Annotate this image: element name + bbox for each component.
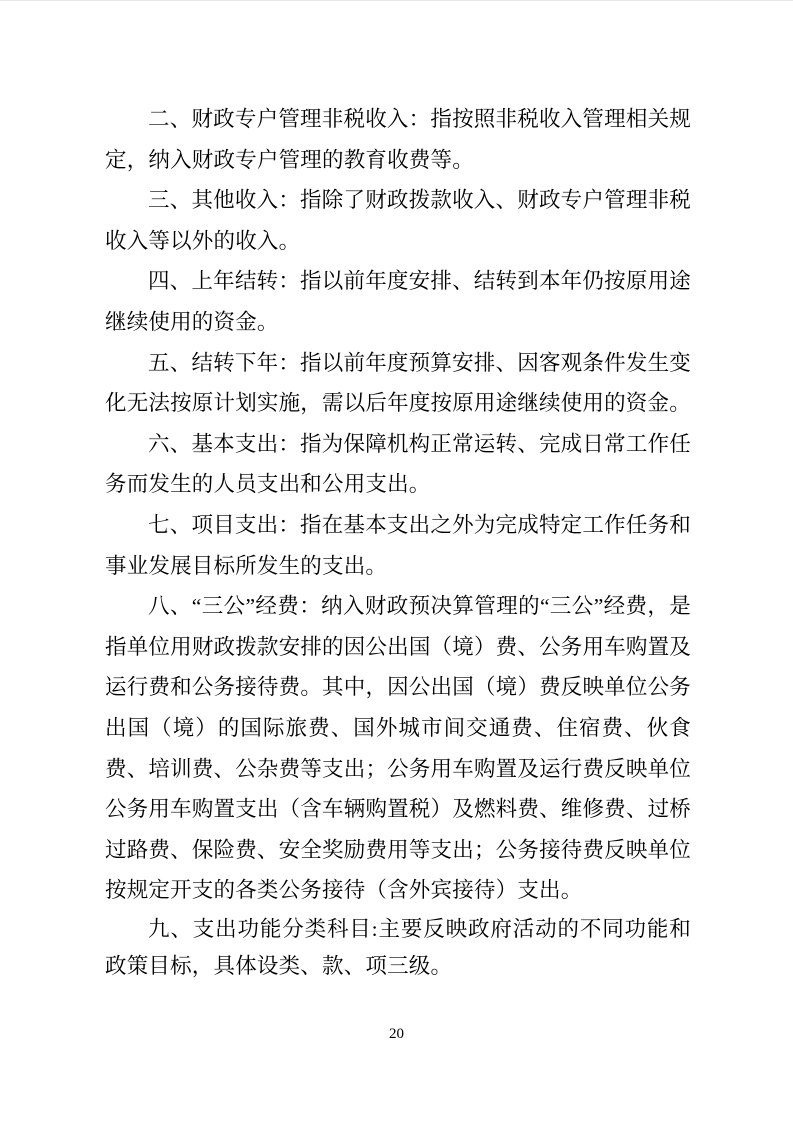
paragraph-definition-7: 七、项目支出：指在基本支出之外为完成特定工作任务和事业发展目标所发生的支出。: [105, 505, 691, 586]
paragraph-definition-6: 六、基本支出：指为保障机构正常运转、完成日常工作任务而发生的人员支出和公用支出。: [105, 424, 691, 505]
paragraph-definition-8: 八、“三公”经费：纳入财政预决算管理的“三公”经费，是指单位用财政拨款安排的因公…: [105, 586, 691, 911]
paragraph-definition-9: 九、支出功能分类科目:主要反映政府活动的不同功能和政策目标，具体设类、款、项三级…: [105, 911, 691, 986]
page-number: 20: [0, 1025, 793, 1043]
paragraph-definition-4: 四、上年结转：指以前年度安排、结转到本年仍按原用途继续使用的资金。: [105, 261, 691, 342]
paragraph-definition-5: 五、结转下年：指以前年度预算安排、因客观条件发生变化无法按原计划实施，需以后年度…: [105, 343, 691, 424]
document-page: 二、财政专户管理非税收入：指按照非税收入管理相关规定，纳入财政专户管理的教育收费…: [0, 0, 793, 1122]
document-body: 二、财政专户管理非税收入：指按照非税收入管理相关规定，纳入财政专户管理的教育收费…: [105, 99, 691, 986]
paragraph-definition-2: 二、财政专户管理非税收入：指按照非税收入管理相关规定，纳入财政专户管理的教育收费…: [105, 99, 691, 180]
paragraph-definition-3: 三、其他收入：指除了财政拨款收入、财政专户管理非税收入等以外的收入。: [105, 180, 691, 261]
